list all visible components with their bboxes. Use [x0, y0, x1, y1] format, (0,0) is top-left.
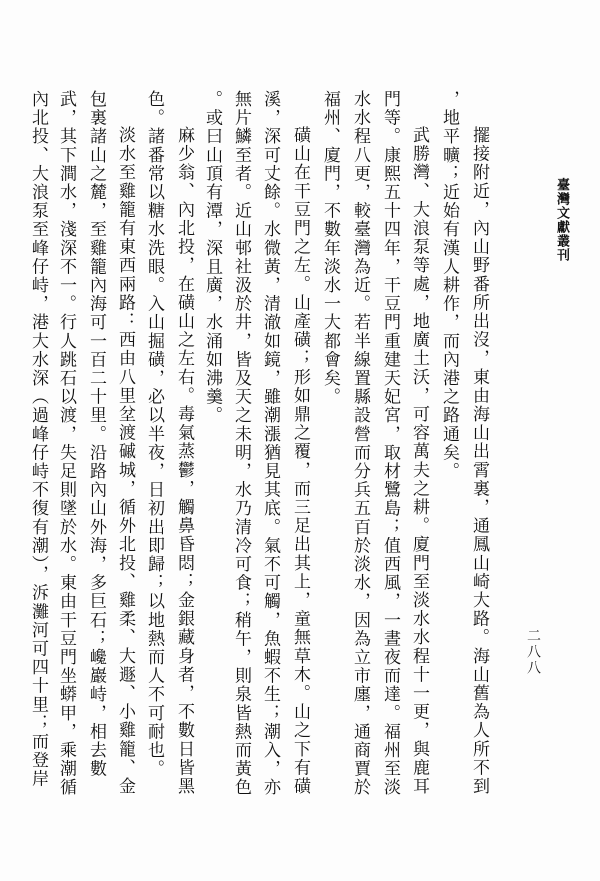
text-column-6: 福州、廈門，不數年淡水一大都會矣。	[318, 90, 340, 406]
text-column-5: 水水程八更，較臺灣為近。若半線置縣設營而分兵五百於淡水，因為立市廛，通商賈於	[348, 90, 370, 797]
text-column-3: 武勝灣、大浪泵等處，地廣土沃，可容萬夫之耕。廈門至淡水水程十一更，與鹿耳	[407, 126, 429, 796]
text-column-7: 磺山在干豆門之左。山產磺；形如鼎之覆，而三足出其上，童無草木。山之下有磺	[288, 126, 310, 796]
text-column-13: 淡水至雞籠有東西兩路：西由八里坌渡磩城，循外北投、雞柔、大遯、小雞籠、金	[113, 126, 135, 796]
text-column-11: 麻少翁、內北投，在磺山之左右。毒氣蒸鬱，觸鼻昏悶；金銀藏身者，不數日皆黑	[172, 126, 194, 796]
text-column-9: 無片鱗至者。近山邨社汲於井，皆及天之未明，水乃清冷可食；稍午，則泉皆熱而黃色	[229, 90, 251, 797]
text-column-10: 。或曰山頂有潭，深且廣，水涌如沸羹。	[200, 90, 222, 425]
text-column-8: 溪，深可丈餘。水微黃，清澈如鏡，雖潮漲猶見其底。氣不可觸，魚蝦不生；潮入，亦	[258, 90, 280, 797]
text-column-2: ，地平曠；近始有漢人耕作，而內港之路通矣。	[437, 90, 459, 481]
document-page: 臺灣文獻叢刊 二八八 擺接附近，內山野番所出沒，東由海山出霄裏，通鳳山崎大路。海…	[0, 0, 600, 881]
text-column-4: 門等。康熙五十四年，干豆門重建天妃宮，取材鷺島；值西風，一晝夜而達。福州至淡	[378, 90, 400, 797]
running-header-title: 臺灣文獻叢刊	[553, 178, 571, 262]
text-column-15: 武，其下澗水，淺深不一。行人跳石以渡，失足則墜於水。東由干豆門坐蟒甲，乘潮循	[54, 90, 76, 797]
text-column-16: 內北投、大浪泵至峰仔峙，港大水深（過峰仔峙不復有潮），泝灘河可四十里；而登岸	[26, 90, 48, 788]
text-column-12: 色。諸番常以糖水洗眼。入山掘磺，必以半夜，日初出即歸；以地熱而人不可耐也。	[142, 90, 164, 778]
text-column-14: 包裏諸山之麓，至雞籠內海可一百二十里。沿路內山外海，多巨石；巉巖峙，相去數	[84, 90, 106, 778]
page-number: 二八八	[525, 628, 543, 676]
text-column-1: 擺接附近，內山野番所出沒，東由海山出霄裏，通鳳山崎大路。海山舊為人所不到	[467, 126, 489, 796]
